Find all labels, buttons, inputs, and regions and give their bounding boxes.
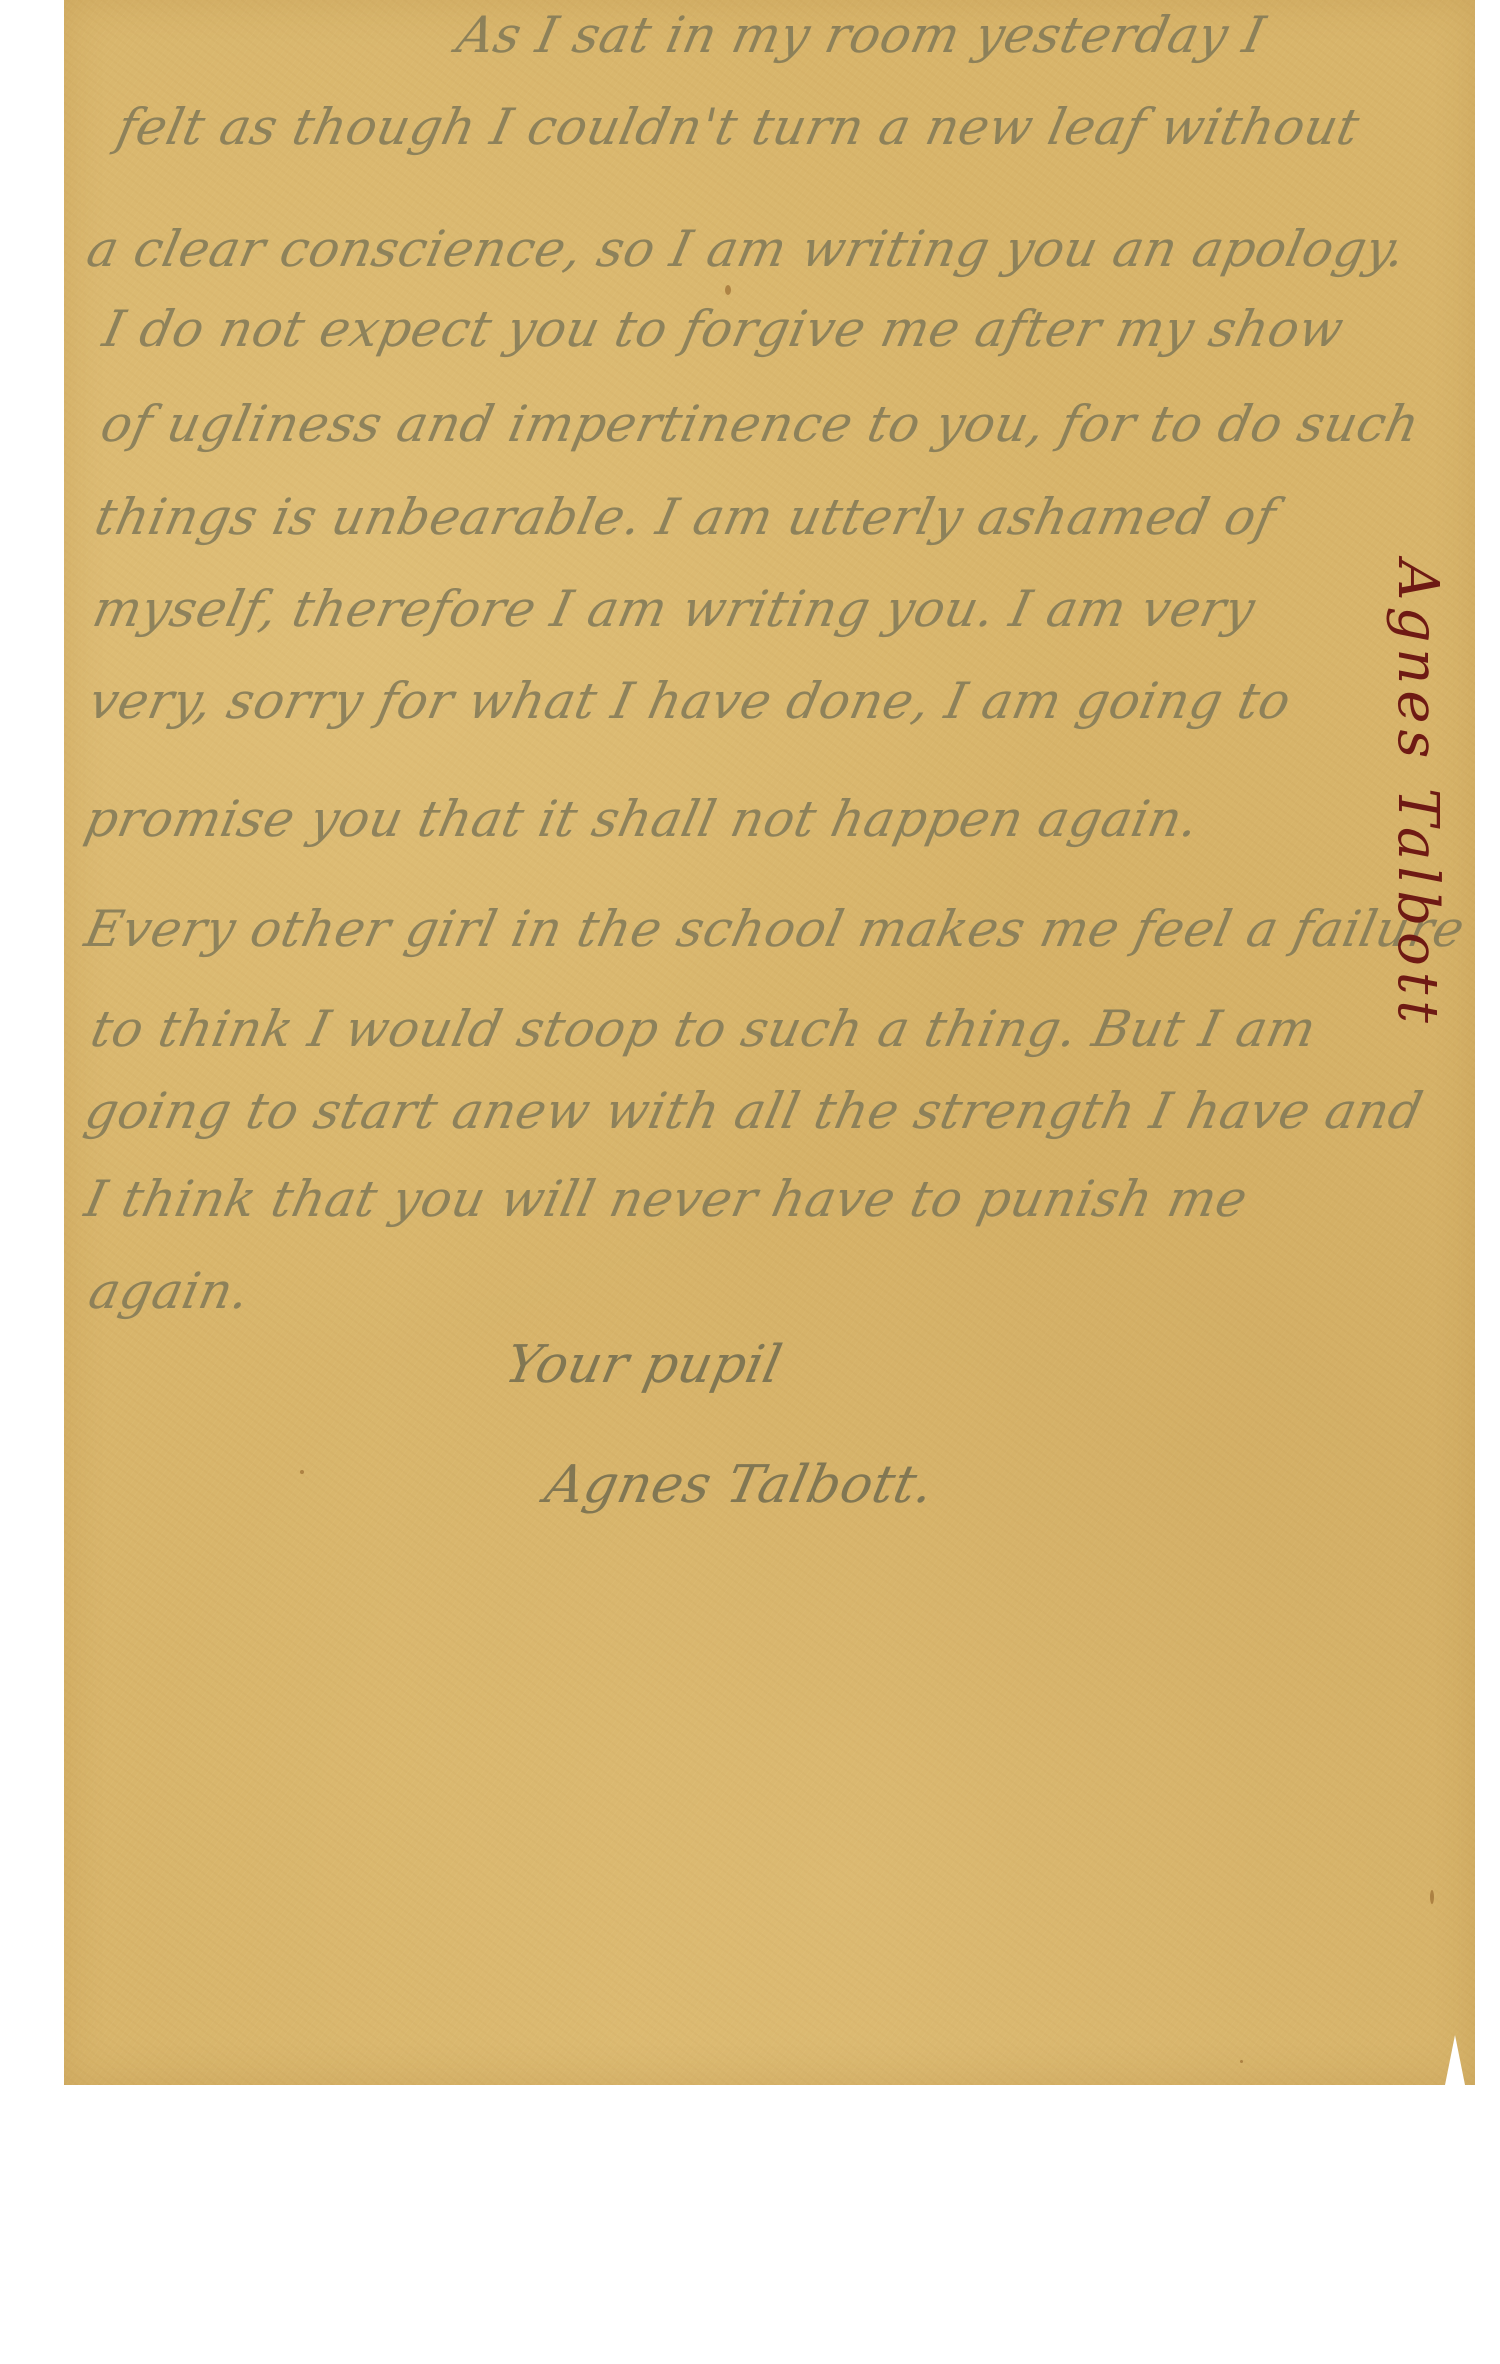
letter-line-2: felt as though I couldn't turn a new lea…	[112, 98, 1365, 156]
paper-speck	[725, 285, 731, 295]
letter-line-6: things is unbearable. I am utterly asham…	[90, 488, 1281, 546]
letter-line-1: As I sat in my room yesterday I	[452, 6, 1270, 64]
closing-salutation: Your pupil	[500, 1335, 787, 1395]
closing-signature: Agnes Talbott.	[540, 1455, 939, 1515]
letter-line-10: Every other girl in the school makes me …	[80, 900, 1470, 958]
letter-line-4: I do not expect you to forgive me after …	[98, 300, 1349, 358]
letter-line-7: myself, therefore I am writing you. I am…	[88, 580, 1260, 638]
margin-ink-signature: Agnes Talbott	[1385, 560, 1450, 1029]
letter-line-13: I think that you will never have to puni…	[80, 1170, 1253, 1228]
letter-line-5: of ugliness and impertinence to you, for…	[96, 395, 1425, 453]
letter-line-8: very, sorry for what I have done, I am g…	[84, 672, 1296, 730]
letter-line-12: going to start anew with all the strengt…	[80, 1082, 1428, 1140]
letter-line-3: a clear conscience, so I am writing you …	[82, 220, 1411, 278]
letter-line-9: promise you that it shall not happen aga…	[80, 790, 1204, 848]
paper-speck	[1240, 2060, 1243, 2063]
paper-speck	[300, 1470, 304, 1474]
letter-line-11: to think I would stoop to such a thing. …	[86, 1000, 1321, 1058]
paper-speck	[1430, 1890, 1434, 1904]
letter-line-14: again.	[84, 1262, 255, 1320]
